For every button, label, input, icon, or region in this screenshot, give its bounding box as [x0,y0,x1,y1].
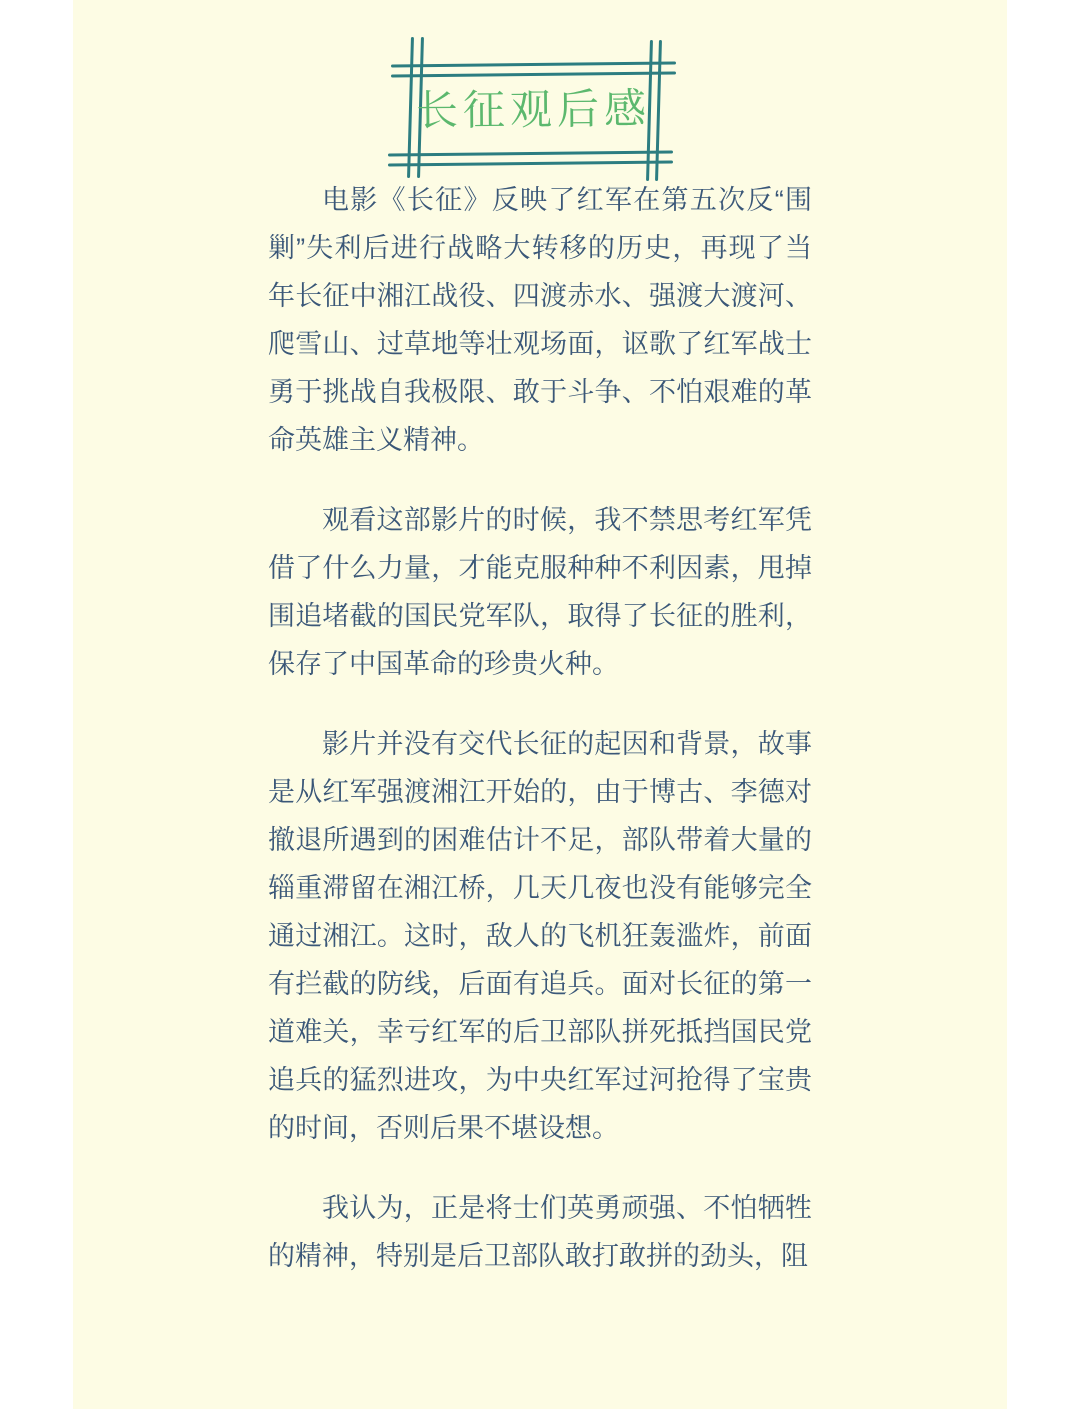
essay-paragraph-3: 影片并没有交代长征的起因和背景，故事是从红军强渡湘江开始的，由于博古、李德对撤退… [268,720,812,1152]
essay-paragraph-1: 电影《长征》反映了红军在第五次反“围剿”失利后进行战略大转移的历史，再现了当年长… [268,176,812,464]
essay-paragraph-4: 我认为，正是将士们英勇顽强、不怕牺牲的精神，特别是后卫部队敢打敢拼的劲头，阻 [268,1184,812,1280]
note-paper: 长征观后感 电影《长征》反映了红军在第五次反“围剿”失利后进行战略大转移的历史，… [73,0,1007,1409]
frame-line-bottom-outer [388,161,673,167]
title-frame: 长征观后感 [73,0,1007,200]
frame-line-top-inner [391,72,676,78]
note-title: 长征观后感 [391,83,676,137]
essay-paragraph-2: 观看这部影片的时候，我不禁思考红军凭借了什么力量，才能克服种种不利因素，甩掉围追… [268,496,812,688]
frame-line-top-outer [391,62,676,68]
essay-body: 电影《长征》反映了红军在第五次反“围剿”失利后进行战略大转移的历史，再现了当年长… [268,176,812,1280]
frame-line-bottom-inner [388,151,673,157]
